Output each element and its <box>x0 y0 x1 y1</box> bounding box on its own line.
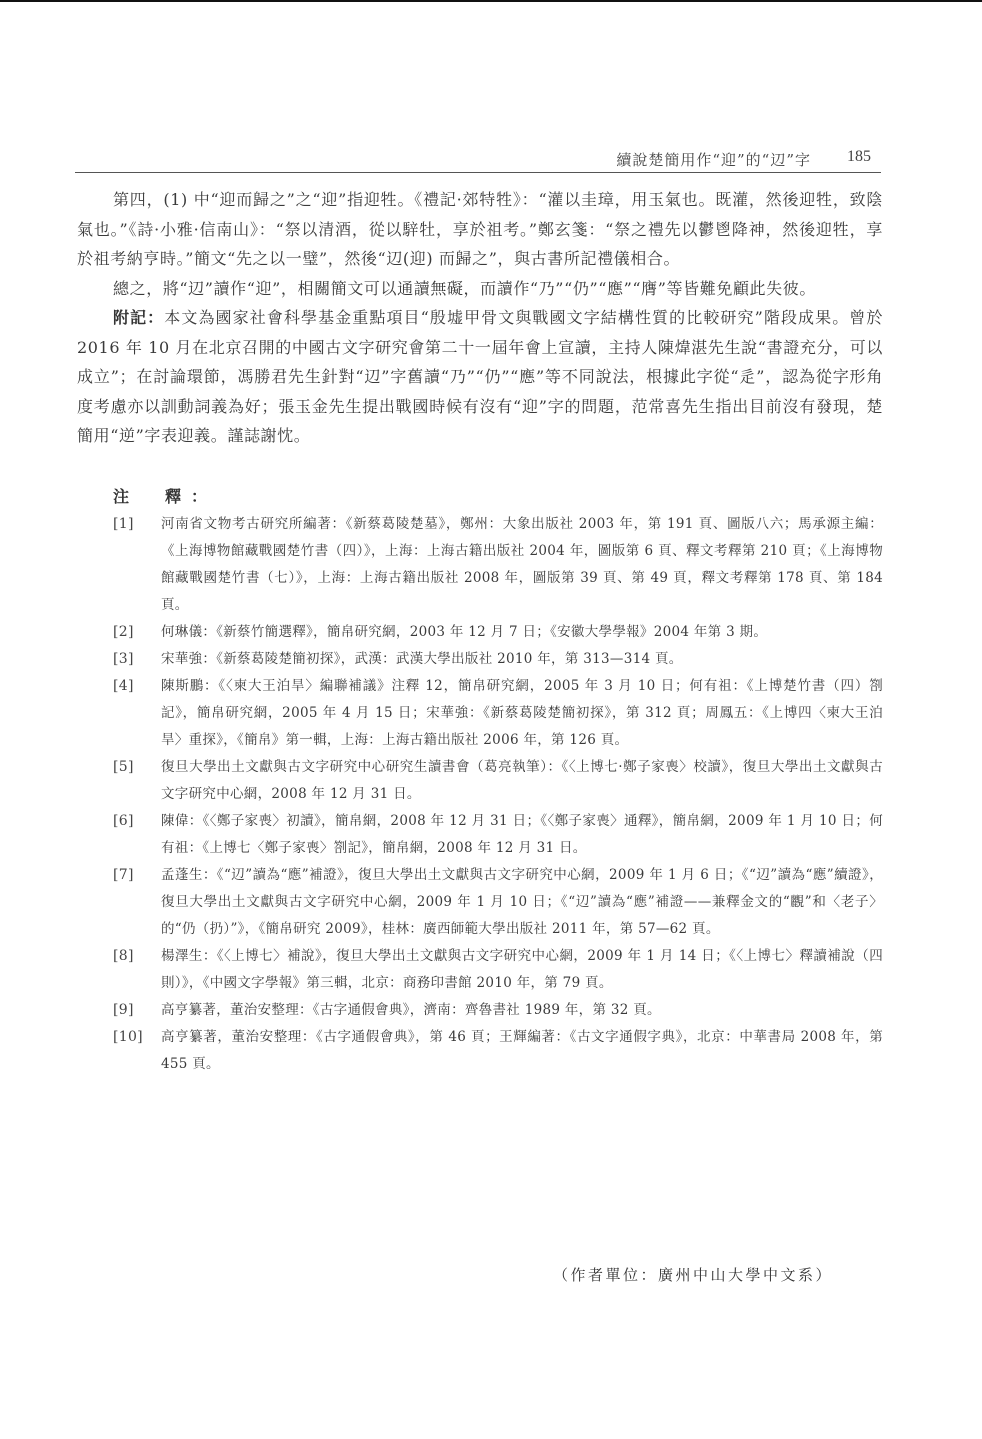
footnote-number: [5] <box>113 754 134 781</box>
footnote-number: [7] <box>113 862 134 889</box>
footnote-text: 宋華強：《新蔡葛陵楚簡初探》，武漢：武漢大學出版社 2010 年，第 313—3… <box>161 651 683 667</box>
footnote-4: [4]陳斯鵬：《〈柬大王泊旱〉編聯補議》注釋 12，簡帛研究網，2005 年 3… <box>77 673 883 754</box>
footnote-text: 孟蓬生：《“辺”讀為“應”補證》，復旦大學出土文獻與古文字研究中心網，2009 … <box>161 867 883 937</box>
paragraph-conclusion: 總之，將“辺”讀作“迎”，相關簡文可以通讀無礙，而讀作“乃”“仍”“應”“膺”等… <box>77 274 883 304</box>
author-affiliation: （作者單位：廣州中山大學中文系） <box>553 1264 833 1285</box>
notes-heading: 注 釋： <box>113 484 883 507</box>
running-title: 續說楚簡用作“迎”的“辺”字 <box>616 149 811 170</box>
footnote-text: 高亨纂著，董治安整理：《古字通假會典》，第 46 頁；王輝編著：《古文字通假字典… <box>161 1029 883 1072</box>
footnote-text: 何琳儀：《新蔡竹簡選釋》，簡帛研究網，2003 年 12 月 7 日；《安徽大學… <box>161 624 767 640</box>
footnote-number: [9] <box>113 997 134 1024</box>
footnote-text: 陳偉：《〈鄭子家喪〉初讀》，簡帛網，2008 年 12 月 31 日；《〈鄭子家… <box>161 813 883 856</box>
article-body: 第四，(1) 中“迎而歸之”之“迎”指迎牲。《禮記·郊特牲》：“灌以圭璋，用玉氣… <box>77 185 883 1078</box>
footnote-number: [10] <box>113 1024 143 1051</box>
paragraph-fourth-point: 第四，(1) 中“迎而歸之”之“迎”指迎牲。《禮記·郊特牲》：“灌以圭璋，用玉氣… <box>77 185 883 274</box>
footnote-text: 復旦大學出土文獻與古文字研究中心研究生讀書會（葛亮執筆）：《〈上博七·鄭子家喪〉… <box>161 759 883 802</box>
page-number: 185 <box>847 148 871 166</box>
footnote-8: [8]楊澤生：《〈上博七〉補說》，復旦大學出土文獻與古文字研究中心網，2009 … <box>77 943 883 997</box>
appendix-text: 本文為國家社會科學基金重點項目“殷墟甲骨文與戰國文字結構性質的比較研究”階段成果… <box>77 308 883 445</box>
footnote-text: 楊澤生：《〈上博七〉補說》，復旦大學出土文獻與古文字研究中心網，2009 年 1… <box>161 948 883 991</box>
appendix-note: 附記：本文為國家社會科學基金重點項目“殷墟甲骨文與戰國文字結構性質的比較研究”階… <box>77 303 883 451</box>
footnote-9: [9]高亨纂著，董治安整理：《古字通假會典》，濟南：齊魯書社 1989 年，第 … <box>77 997 883 1024</box>
footnote-1: [1]河南省文物考古研究所編著：《新蔡葛陵楚墓》，鄭州：大象出版社 2003 年… <box>77 511 883 619</box>
footnote-7: [7]孟蓬生：《“辺”讀為“應”補證》，復旦大學出土文獻與古文字研究中心網，20… <box>77 862 883 943</box>
footnote-text: 高亨纂著，董治安整理：《古字通假會典》，濟南：齊魯書社 1989 年，第 32 … <box>161 1002 661 1018</box>
footnote-number: [4] <box>113 673 134 700</box>
footnote-3: [3]宋華強：《新蔡葛陵楚簡初探》，武漢：武漢大學出版社 2010 年，第 31… <box>77 646 883 673</box>
footnote-number: [6] <box>113 808 134 835</box>
footnote-number: [3] <box>113 646 134 673</box>
footnote-text: 陳斯鵬：《〈柬大王泊旱〉編聯補議》注釋 12，簡帛研究網，2005 年 3 月 … <box>161 678 883 748</box>
appendix-label: 附記： <box>113 308 164 327</box>
top-border-rule <box>0 0 982 2</box>
footnote-10: [10]高亨纂著，董治安整理：《古字通假會典》，第 46 頁；王輝編著：《古文字… <box>77 1024 883 1078</box>
footnote-number: [8] <box>113 943 134 970</box>
footnote-number: [2] <box>113 619 134 646</box>
footnote-number: [1] <box>113 511 134 538</box>
footnote-text: 河南省文物考古研究所編著：《新蔡葛陵楚墓》，鄭州：大象出版社 2003 年，第 … <box>161 516 883 613</box>
footnote-5: [5]復旦大學出土文獻與古文字研究中心研究生讀書會（葛亮執筆）：《〈上博七·鄭子… <box>77 754 883 808</box>
footnote-2: [2]何琳儀：《新蔡竹簡選釋》，簡帛研究網，2003 年 12 月 7 日；《安… <box>77 619 883 646</box>
footnote-6: [6]陳偉：《〈鄭子家喪〉初讀》，簡帛網，2008 年 12 月 31 日；《〈… <box>77 808 883 862</box>
running-header: 續說楚簡用作“迎”的“辺”字 185 <box>75 145 881 173</box>
